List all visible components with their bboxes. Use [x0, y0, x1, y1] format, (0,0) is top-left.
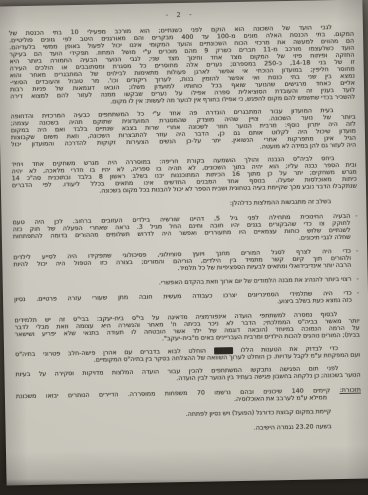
bullet-text: כדי היה לצרף לסגל המורים מחנך ויועץ סוצי…: [13, 248, 351, 275]
text-run: שחלה לגבי תיכונים.: [299, 234, 351, 242]
bullet-item: -כדי היה לצרף לסגל המורים מחנך ויועץ סוצ…: [13, 248, 358, 276]
bullet-dash-marker: -: [357, 290, 360, 304]
closing-line: קיימת במקום קבוצת כדורגל (הפועל) ויש נסי…: [16, 408, 331, 421]
text-line: רצוי ביותר להנהיג את מבנה הלמודים של יום…: [14, 276, 352, 289]
paragraph: כדי לבדוק את הטענות הללו XXXX הוחלט לבוא…: [15, 345, 360, 366]
paragraph: בעית המועדון עבור המתבגרים הוגדרה פה אחד…: [10, 107, 356, 156]
paragraph: לפני תום הפגישה נתבקשו המשתתפים להכין עב…: [15, 365, 360, 386]
bullet-dash-marker: -: [356, 276, 358, 283]
text-run: היה לעזור גם להן במידה לא מועטה.: [260, 142, 357, 151]
bullet-item: -רצוי ביותר להנהיג את מבנה הלמודים של יו…: [14, 276, 359, 290]
paragraph: לגבי הועד של השכונה הוא הוקם לפני כשנתיי…: [9, 24, 355, 108]
scanned-page: - 2 - לגבי הועד של השכונה הוא הוקם לפני …: [0, 0, 368, 485]
bullet-text: הבעיה החינוכית מתחילה לפני גיל 5, דהיינו…: [13, 213, 351, 247]
document-body: לגבי הועד של השכונה הוא הוקם לפני כשנתיי…: [9, 24, 363, 482]
bullet-item: -הבעיה החינוכית מתחילה לפני גיל 5, דהיינ…: [13, 213, 358, 248]
bullet-text: כדי היה שתלמידי הסמינריונים יצרכו כעבודה…: [14, 290, 352, 310]
note-block: תזכורת: קיימים 140 שיכונים ובהם נרשמו 70…: [16, 387, 361, 408]
page-number: - 2 -: [0, 0, 363, 23]
text-run: כזה נמצא כעת בשלב ביצוע.: [277, 297, 352, 305]
note-label: תזכורת:: [340, 387, 361, 394]
closing-line: בשעה 23.20 נגמרה הישיבה.: [17, 423, 332, 436]
bullet-dash-marker: -: [355, 213, 358, 241]
text-run: ממילא ע"מ לערבב את האוכלוסיה.: [234, 394, 327, 403]
section-heading: בשלב זה מתגבשות ההמלצות כדלהלן:: [12, 198, 331, 211]
bullet-text: רצוי ביותר להנהיג את מבנה הלמודים של יום…: [14, 276, 352, 289]
bullet-dash-marker: -: [356, 248, 359, 269]
text-run: רצוי ביותר להנהיג את מבנה הלמודים של יום…: [159, 276, 352, 287]
paragraph: ביחס לביה"ס הנבנה והולך הושמעה בקורת חרי…: [11, 155, 357, 197]
bullet-item: -כדי היה שתלמידי הסמינריונים יצרכו כעבוד…: [14, 290, 359, 311]
paragraph: לבסוף נמסרה למשתתפי הועדה אינפורמציה מדא…: [14, 311, 359, 346]
